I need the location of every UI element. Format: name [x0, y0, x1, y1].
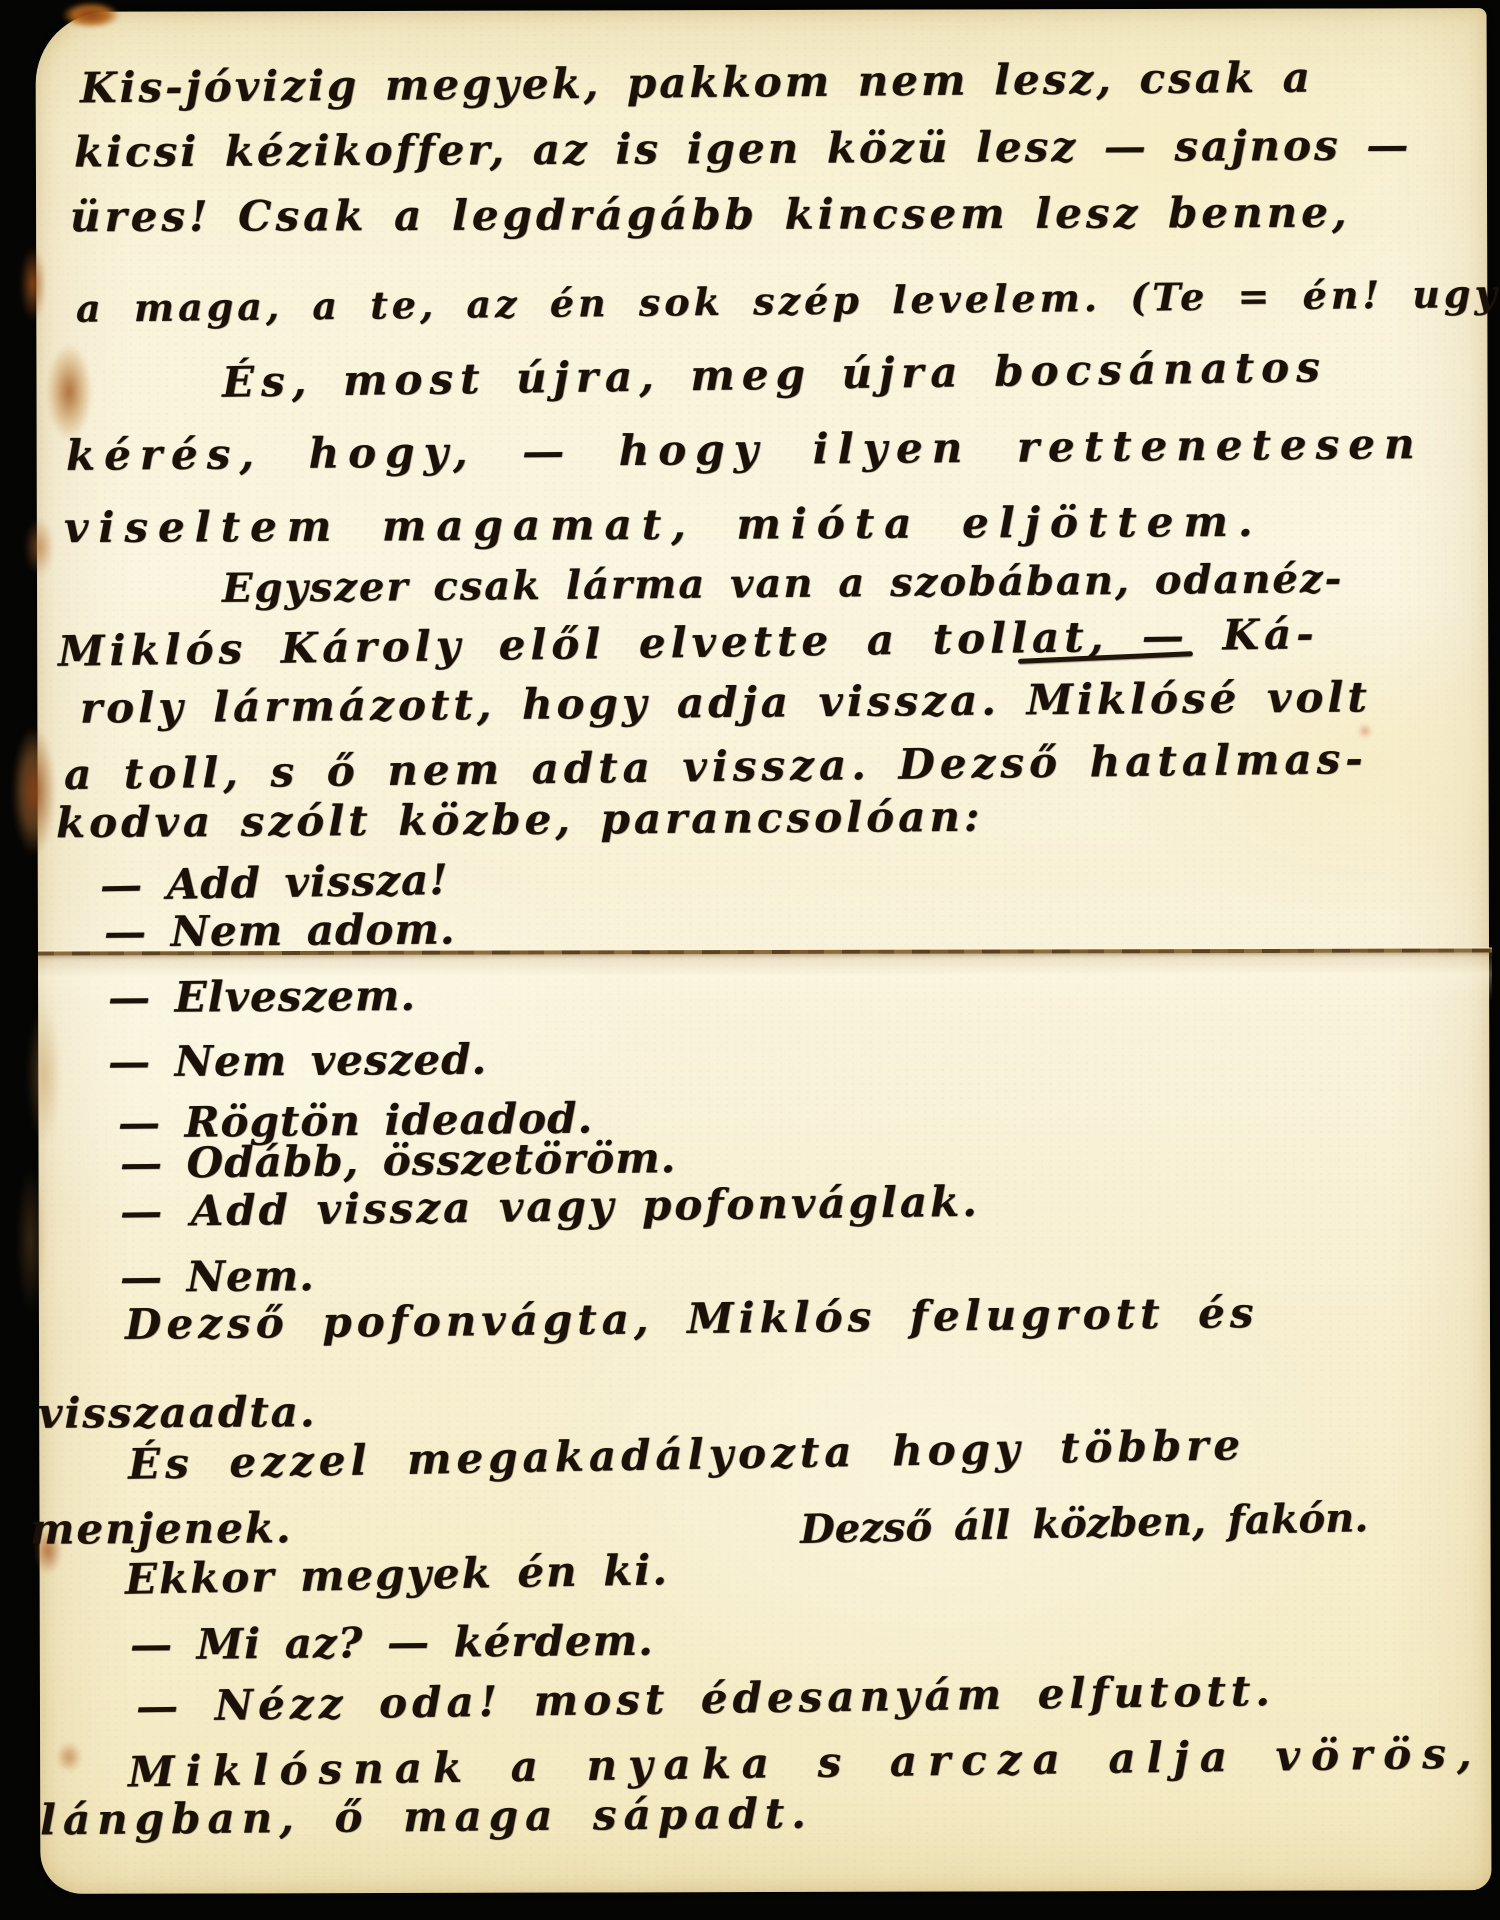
scanned-letter: Kis-jóvizig megyek, pakkom nem lesz, csa… — [0, 0, 1500, 1920]
fold-shading — [38, 952, 1492, 1003]
